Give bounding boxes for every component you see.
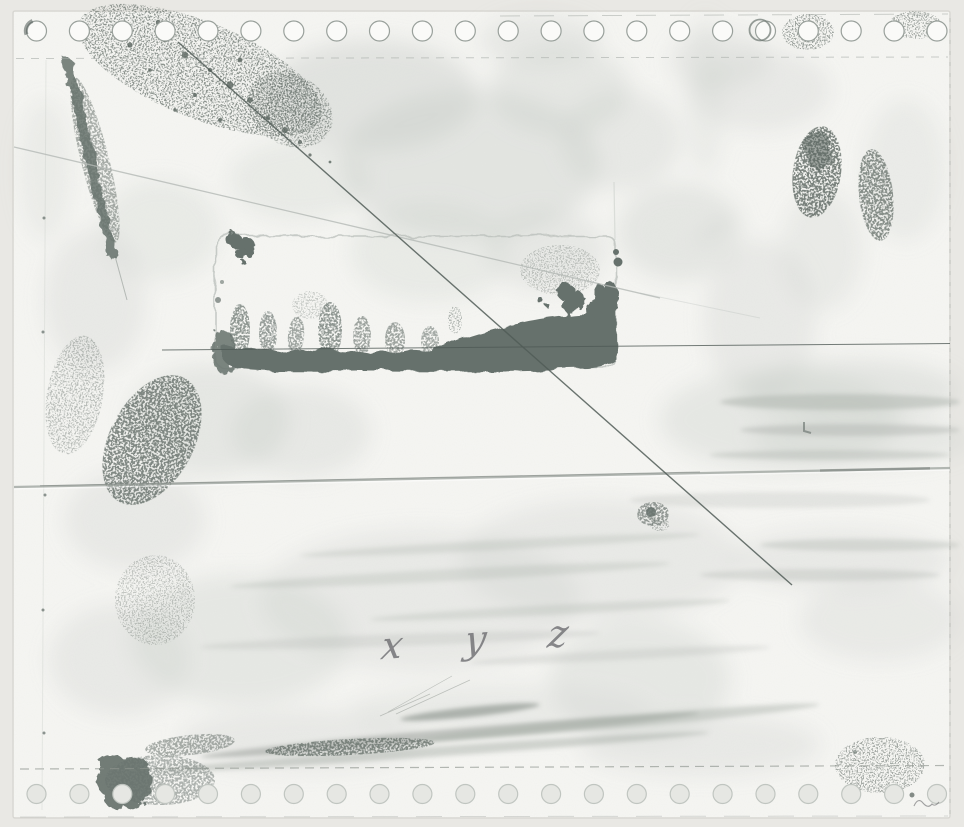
tractor-hole bbox=[370, 785, 389, 804]
tractor-hole bbox=[584, 21, 604, 41]
tractor-hole bbox=[627, 785, 646, 804]
tractor-hole bbox=[884, 21, 904, 41]
tractor-hole bbox=[498, 21, 518, 41]
tractor-hole bbox=[241, 785, 260, 804]
tractor-hole bbox=[241, 21, 261, 41]
tractor-hole bbox=[541, 21, 561, 41]
tractor-hole bbox=[112, 21, 132, 41]
tractor-hole bbox=[713, 21, 733, 41]
tractor-hole bbox=[627, 21, 647, 41]
tractor-hole bbox=[27, 785, 46, 804]
tractor-hole bbox=[412, 21, 432, 41]
tractor-hole bbox=[198, 21, 218, 41]
tractor-hole bbox=[542, 785, 561, 804]
artwork-scan: x y z bbox=[0, 0, 964, 827]
tractor-hole bbox=[199, 785, 218, 804]
tractor-hole bbox=[885, 785, 904, 804]
tractor-hole bbox=[713, 785, 732, 804]
ink-left-corner bbox=[212, 330, 236, 374]
tractor-hole bbox=[670, 785, 689, 804]
tractor-hole bbox=[670, 21, 690, 41]
tractor-hole bbox=[69, 21, 89, 41]
tractor-hole bbox=[413, 785, 432, 804]
tractor-hole bbox=[284, 785, 303, 804]
tractor-hole bbox=[327, 21, 347, 41]
tractor-hole bbox=[927, 21, 947, 41]
tractor-hole bbox=[155, 21, 175, 41]
tractor-hole bbox=[798, 21, 818, 41]
tractor-hole bbox=[456, 785, 475, 804]
tractor-hole bbox=[842, 785, 861, 804]
tractor-hole bbox=[841, 21, 861, 41]
tractor-hole bbox=[799, 785, 818, 804]
tractor-hole bbox=[928, 785, 947, 804]
tractor-hole bbox=[113, 785, 132, 804]
tractor-hole bbox=[284, 21, 304, 41]
tractor-hole bbox=[756, 785, 775, 804]
tractor-hole bbox=[327, 785, 346, 804]
ink-spot-mid-right bbox=[646, 507, 656, 517]
tractor-hole bbox=[370, 21, 390, 41]
tractor-hole bbox=[156, 785, 175, 804]
tractor-hole bbox=[455, 21, 475, 41]
tractor-hole bbox=[70, 785, 89, 804]
tractor-hole bbox=[499, 785, 518, 804]
tractor-hole bbox=[584, 785, 603, 804]
